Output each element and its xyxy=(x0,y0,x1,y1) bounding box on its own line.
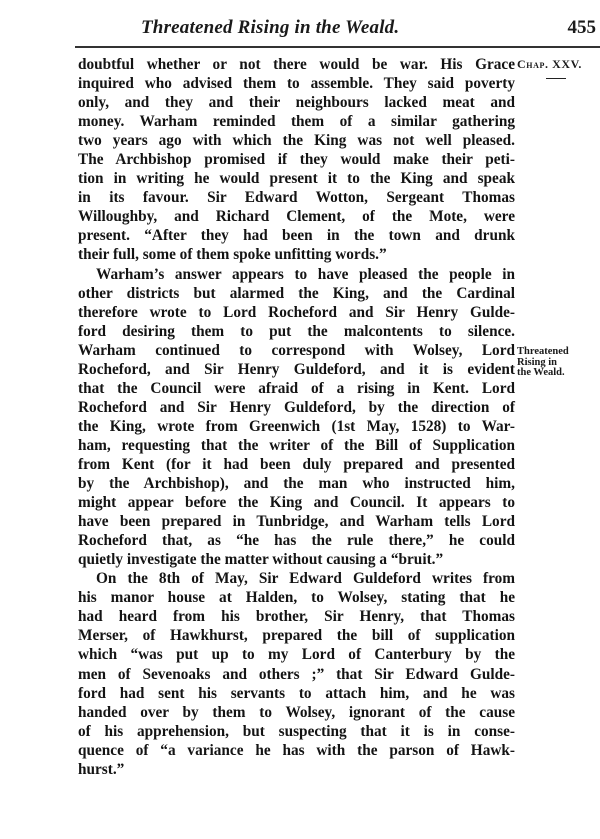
text-line: ford desiring them to put the malcontent… xyxy=(78,322,515,341)
text-line: therefore wrote to Lord Rocheford and Si… xyxy=(78,303,515,322)
text-line: Warham’s answer appears to have pleased … xyxy=(78,265,515,284)
text-line: handed over by them to Wolsey, ignorant … xyxy=(78,703,515,722)
text-line: tion in writing he would present it to t… xyxy=(78,169,515,188)
text-line: their full, some of them spoke unfitting… xyxy=(78,245,515,264)
running-head: Threatened Rising in the Weald. 455 xyxy=(0,12,600,42)
text-line: Rocheford, and Sir Henry Guldeford, and … xyxy=(78,360,515,379)
text-line: ford had sent his servants to attach him… xyxy=(78,684,515,703)
text-line: of his apprehension, but suspecting that… xyxy=(78,722,515,741)
text-line: other districts but alarmed the King, an… xyxy=(78,284,515,303)
text-line: the King, wrote from Greenwich (1st May,… xyxy=(78,417,515,436)
running-title: Threatened Rising in the Weald. xyxy=(141,17,399,39)
text-line: Merser, of Hawkhurst, prepared the bill … xyxy=(78,626,515,645)
text-line: from Kent (for it had been duly prepared… xyxy=(78,455,515,474)
text-line: quence of “a variance he has with the pa… xyxy=(78,741,515,760)
text-line: his manor house at Halden, to Wolsey, st… xyxy=(78,588,515,607)
side-note-line: Threatened xyxy=(517,347,597,358)
text-line: inquired who advised them to assemble. T… xyxy=(78,74,515,93)
side-note-line: the Weald. xyxy=(517,368,597,379)
body-text: doubtful whether or not there would be w… xyxy=(78,55,515,779)
header-rule xyxy=(75,46,600,48)
text-line: have been prepared in Tunbridge, and War… xyxy=(78,512,515,531)
text-line: two years ago with which the King was no… xyxy=(78,131,515,150)
text-line: men of Sevenoaks and others ;” that Sir … xyxy=(78,665,515,684)
text-line: On the 8th of May, Sir Edward Guldeford … xyxy=(78,569,515,588)
text-line: Warham continued to correspond with Wols… xyxy=(78,341,515,360)
text-line: ham, requesting that the writer of the B… xyxy=(78,436,515,455)
chapter-marginal-rule xyxy=(546,78,566,79)
text-line: doubtful whether or not there would be w… xyxy=(78,55,515,74)
page-number: 455 xyxy=(568,17,597,39)
text-line: Willoughby, and Richard Clement, of the … xyxy=(78,207,515,226)
text-line: by the Archbishop), and the man who inst… xyxy=(78,474,515,493)
text-line: only, and they and their neighbours lack… xyxy=(78,93,515,112)
text-line: present. “After they had been in the tow… xyxy=(78,226,515,245)
text-line: might appear before the King and Council… xyxy=(78,493,515,512)
text-line: which “was put up to my Lord of Canterbu… xyxy=(78,645,515,664)
text-line: that the Council were afraid of a rising… xyxy=(78,379,515,398)
text-line: The Archbishop promised if they would ma… xyxy=(78,150,515,169)
chapter-marginal: Chap. XXV. xyxy=(517,57,582,72)
text-line: Rocheford and Sir Henry Guldeford, by th… xyxy=(78,398,515,417)
text-line: Rocheford that, as “he has the rule ther… xyxy=(78,531,515,550)
text-line: hurst.” xyxy=(78,760,515,779)
text-line: quietly investigate the matter without c… xyxy=(78,550,515,569)
side-note: Threatened Rising in the Weald. xyxy=(517,347,597,379)
text-line: in its favour. Sir Edward Wotton, Sergea… xyxy=(78,188,515,207)
text-line: money. Warham reminded them of a similar… xyxy=(78,112,515,131)
text-line: had heard from his brother, Sir Henry, t… xyxy=(78,607,515,626)
